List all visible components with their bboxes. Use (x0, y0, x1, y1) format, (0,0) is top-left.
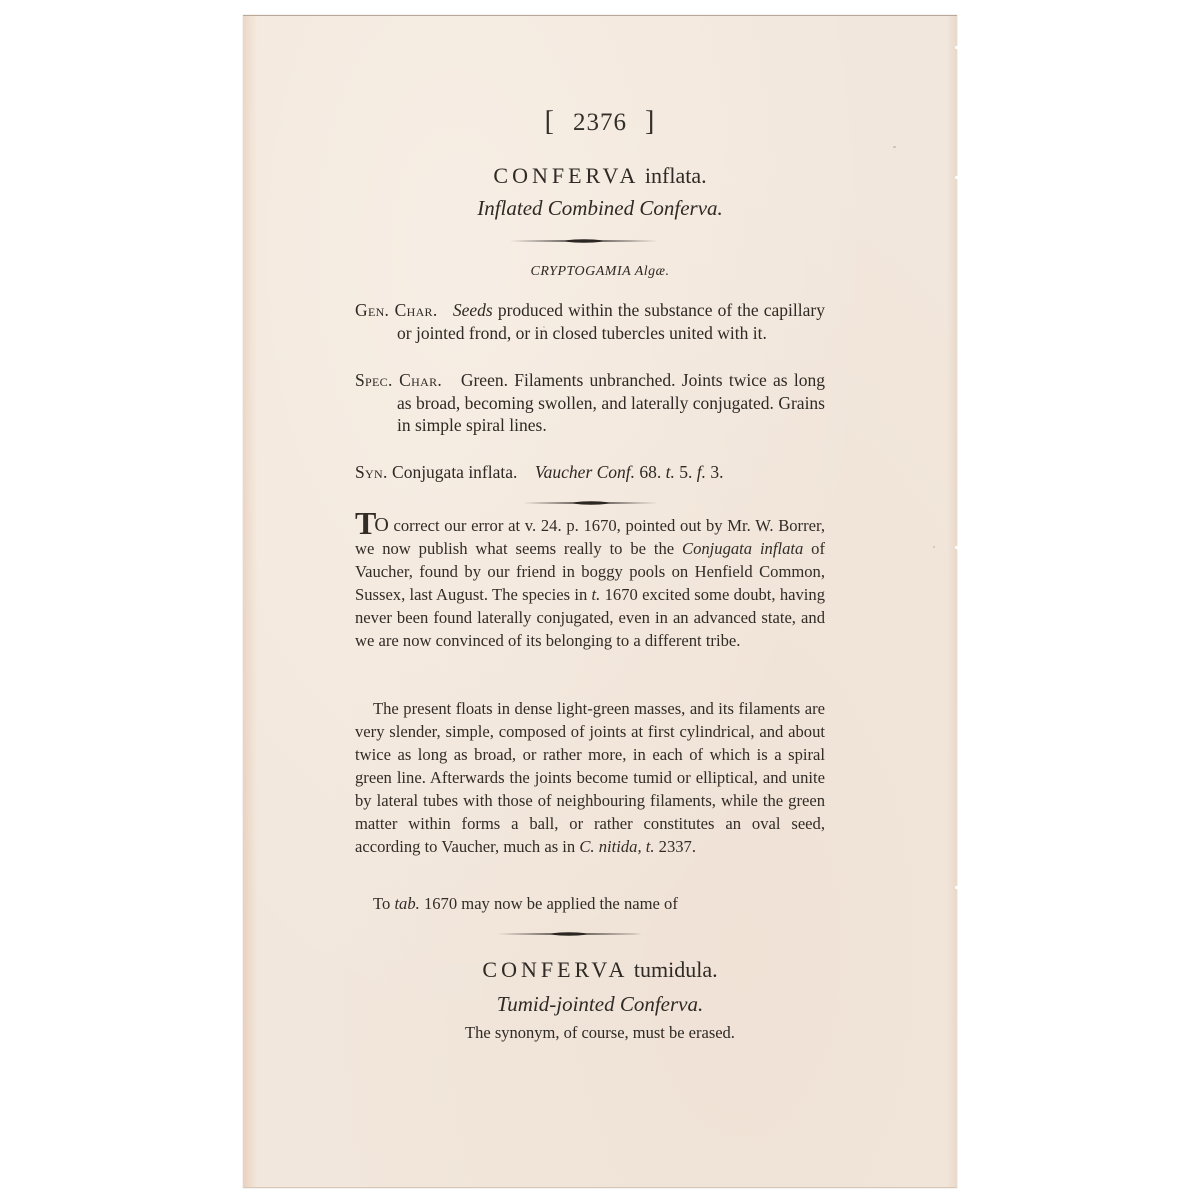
page-edge-nick (955, 886, 961, 889)
species-title: CONFERVA inflata. (243, 163, 957, 189)
ornamental-rule (523, 500, 658, 506)
specific-character: Spec. Char. Green. Filaments unbranched.… (355, 369, 825, 437)
species-title-2: CONFERVA tumidula. (243, 957, 957, 983)
common-name-2: Tumid-jointed Conferva. (243, 992, 957, 1017)
species-reference: C. nitida, t. (579, 837, 654, 856)
order-name: Algæ. (635, 264, 670, 279)
plate-number-value: 2376 (573, 109, 627, 136)
gen-char-italic: Seeds (453, 300, 493, 320)
synonym-note: The synonym, of course, must be erased. (243, 1023, 957, 1043)
paragraph-text: 2337. (655, 837, 696, 856)
syn-ref-num: 68. (635, 462, 666, 482)
ornamental-rule (510, 238, 658, 244)
common-name: Inflated Combined Conferva. (243, 196, 957, 221)
classification: CRYPTOGAMIA Algæ. (243, 264, 957, 280)
generic-character: Gen. Char. Seeds produced within the sub… (355, 299, 825, 344)
paragraph-text: 1670 may now be applied the name of (420, 894, 678, 913)
foxing-spot (893, 146, 896, 148)
drop-cap: T (355, 505, 374, 541)
drop-cap-rest: O (374, 514, 388, 536)
page-edge-nick (955, 46, 961, 49)
genus-name: CONFERVA (482, 957, 628, 982)
syn-ref-t: t. (666, 462, 675, 482)
gen-char-label: Gen. Char. (355, 300, 438, 320)
plate-number: [2376] (243, 106, 957, 138)
syn-text: Conjugata inflata. (392, 462, 517, 482)
species-epithet: tumidula. (634, 957, 718, 982)
body-paragraph-2: The present floats in dense light-green … (355, 697, 825, 858)
paragraph-text: To (373, 894, 394, 913)
ornamental-rule (497, 931, 642, 937)
paragraph-text: The present floats in dense light-green … (355, 699, 825, 856)
table-reference: t. (592, 585, 601, 604)
syn-ref-author: Vaucher Conf. (535, 462, 635, 482)
species-epithet: inflata. (645, 163, 707, 188)
body-paragraph-1: TO correct our error at v. 24. p. 1670, … (355, 513, 825, 652)
species-reference: Conjugata inflata (682, 539, 803, 558)
page-edge-nick (955, 546, 961, 549)
bracket-close: ] (645, 106, 655, 137)
spec-char-label: Spec. Char. (355, 370, 442, 390)
spec-char-text: Green. Filaments unbranched. Joints twic… (397, 370, 825, 435)
table-reference: tab. (394, 894, 419, 913)
syn-ref-f: f. (697, 462, 706, 482)
syn-ref-t-num: 5. (675, 462, 697, 482)
synonym: Syn. Conjugata inflata. Vaucher Conf. 68… (355, 461, 825, 484)
book-page: [2376] CONFERVA inflata. Inflated Combin… (243, 15, 957, 1188)
genus-name: CONFERVA (493, 163, 639, 188)
bracket-open: [ (545, 106, 555, 137)
body-paragraph-3: To tab. 1670 may now be applied the name… (355, 892, 825, 915)
class-name: CRYPTOGAMIA (531, 264, 631, 279)
syn-ref-f-num: 3. (706, 462, 724, 482)
syn-label: Syn. (355, 462, 388, 482)
foxing-spot (933, 546, 935, 548)
